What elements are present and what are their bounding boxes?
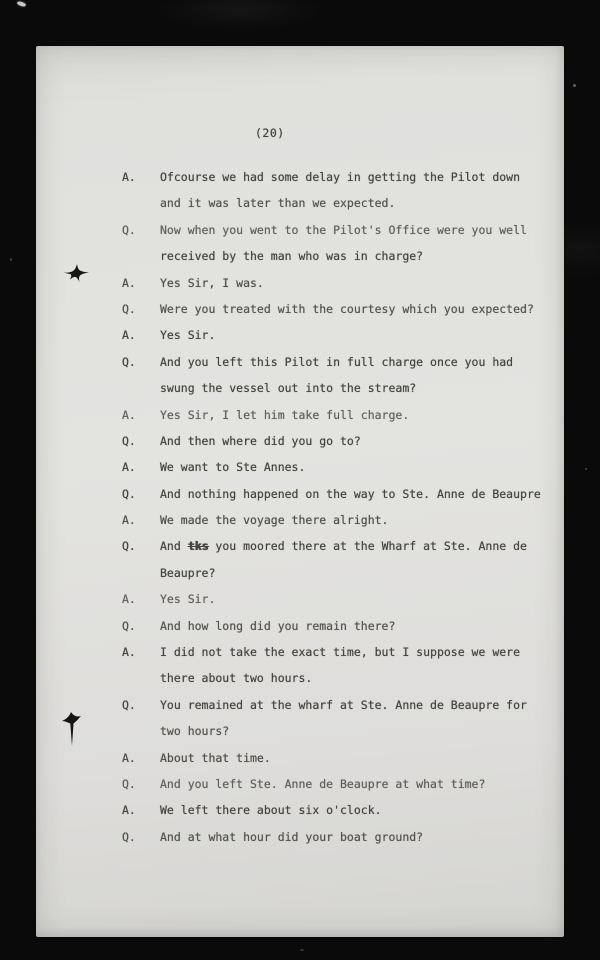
- line-text: And tks you moored there at the Wharf at…: [160, 533, 527, 559]
- speaker-label: Q.: [122, 824, 136, 850]
- dust-speck: [300, 949, 304, 951]
- speaker-label: A.: [122, 586, 136, 612]
- transcript-line: Q.Now when you went to the Pilot's Offic…: [36, 217, 564, 243]
- line-text: About that time.: [160, 745, 271, 771]
- line-text: Yes Sir, I let him take full charge.: [160, 402, 409, 428]
- transcript-line: A.Yes Sir, I let him take full charge.: [36, 402, 564, 428]
- dust-speck: [17, 1, 27, 8]
- line-text: there about two hours.: [160, 665, 312, 691]
- dust-speck: [10, 258, 12, 261]
- speaker-label: Q.: [122, 349, 136, 375]
- transcript-line: swung the vessel out into the stream?: [36, 375, 564, 401]
- line-text: Yes Sir.: [160, 586, 215, 612]
- line-text: Were you treated with the courtesy which…: [160, 296, 534, 322]
- line-text: Yes Sir, I was.: [160, 270, 264, 296]
- transcript-line: A.Ofcourse we had some delay in getting …: [36, 164, 564, 190]
- transcript-line: A.We made the voyage there alright.: [36, 507, 564, 533]
- speaker-label: Q.: [122, 613, 136, 639]
- dust-speck: [573, 84, 576, 87]
- transcript-line: and it was later than we expected.: [36, 190, 564, 216]
- transcript-line: A.We want to Ste Annes.: [36, 454, 564, 480]
- speaker-label: A.: [122, 454, 136, 480]
- transcript-line: two hours?: [36, 718, 564, 744]
- line-text: And nothing happened on the way to Ste. …: [160, 481, 541, 507]
- speaker-label: Q.: [122, 296, 136, 322]
- line-text: and it was later than we expected.: [160, 190, 395, 216]
- line-text: And how long did you remain there?: [160, 613, 395, 639]
- transcript-line: Beaupre?: [36, 560, 564, 586]
- speaker-label: Q.: [122, 771, 136, 797]
- line-text: two hours?: [160, 718, 229, 744]
- transcript-line: A.Yes Sir.: [36, 322, 564, 348]
- transcript-line: A.We left there about six o'clock.: [36, 797, 564, 823]
- line-text: Ofcourse we had some delay in getting th…: [160, 164, 520, 190]
- transcript-line: A.Yes Sir.: [36, 586, 564, 612]
- speaker-label: A.: [122, 745, 136, 771]
- struck-out-word: tks: [188, 539, 209, 553]
- speaker-label: A.: [122, 322, 136, 348]
- transcript-line: Q.And how long did you remain there?: [36, 613, 564, 639]
- line-text: And you left this Pilot in full charge o…: [160, 349, 513, 375]
- line-text: We made the voyage there alright.: [160, 507, 388, 533]
- transcript-line: Q.And tks you moored there at the Wharf …: [36, 533, 564, 559]
- speaker-label: Q.: [122, 428, 136, 454]
- speaker-label: Q.: [122, 692, 136, 718]
- transcript-line: Q.And nothing happened on the way to Ste…: [36, 481, 564, 507]
- line-text: received by the man who was in charge?: [160, 243, 423, 269]
- line-text: Beaupre?: [160, 560, 215, 586]
- line-text: You remained at the wharf at Ste. Anne d…: [160, 692, 527, 718]
- document-page: (20) A.Ofcourse we had some delay in get…: [36, 46, 564, 937]
- transcript-line: Q.You remained at the wharf at Ste. Anne…: [36, 692, 564, 718]
- speaker-label: Q.: [122, 217, 136, 243]
- transcript-line: A.I did not take the exact time, but I s…: [36, 639, 564, 665]
- speaker-label: A.: [122, 507, 136, 533]
- line-text: Now when you went to the Pilot's Office …: [160, 217, 527, 243]
- transcript: A.Ofcourse we had some delay in getting …: [36, 164, 564, 850]
- transcript-line: A.About that time.: [36, 745, 564, 771]
- line-text: Yes Sir.: [160, 322, 215, 348]
- speaker-label: A.: [122, 639, 136, 665]
- scanned-page-background: (20) A.Ofcourse we had some delay in get…: [0, 0, 600, 960]
- speaker-label: Q.: [122, 533, 136, 559]
- transcript-line: Q.And then where did you go to?: [36, 428, 564, 454]
- transcript-line: Q.And at what hour did your boat ground?: [36, 824, 564, 850]
- line-text: We left there about six o'clock.: [160, 797, 382, 823]
- speaker-label: Q.: [122, 481, 136, 507]
- line-text: I did not take the exact time, but I sup…: [160, 639, 520, 665]
- dust-speck: [585, 468, 587, 470]
- line-text: And you left Ste. Anne de Beaupre at wha…: [160, 771, 485, 797]
- line-text: And then where did you go to?: [160, 428, 361, 454]
- transcript-line: there about two hours.: [36, 665, 564, 691]
- speaker-label: A.: [122, 164, 136, 190]
- speaker-label: A.: [122, 402, 136, 428]
- transcript-line: Q.And you left this Pilot in full charge…: [36, 349, 564, 375]
- page-number: (20): [255, 126, 285, 140]
- speaker-label: A.: [122, 270, 136, 296]
- line-text: And at what hour did your boat ground?: [160, 824, 423, 850]
- speaker-label: A.: [122, 797, 136, 823]
- transcript-line: A.Yes Sir, I was.: [36, 270, 564, 296]
- transcript-line: Q.Were you treated with the courtesy whi…: [36, 296, 564, 322]
- transcript-line: Q.And you left Ste. Anne de Beaupre at w…: [36, 771, 564, 797]
- line-text: swung the vessel out into the stream?: [160, 375, 416, 401]
- transcript-line: received by the man who was in charge?: [36, 243, 564, 269]
- line-text: We want to Ste Annes.: [160, 454, 305, 480]
